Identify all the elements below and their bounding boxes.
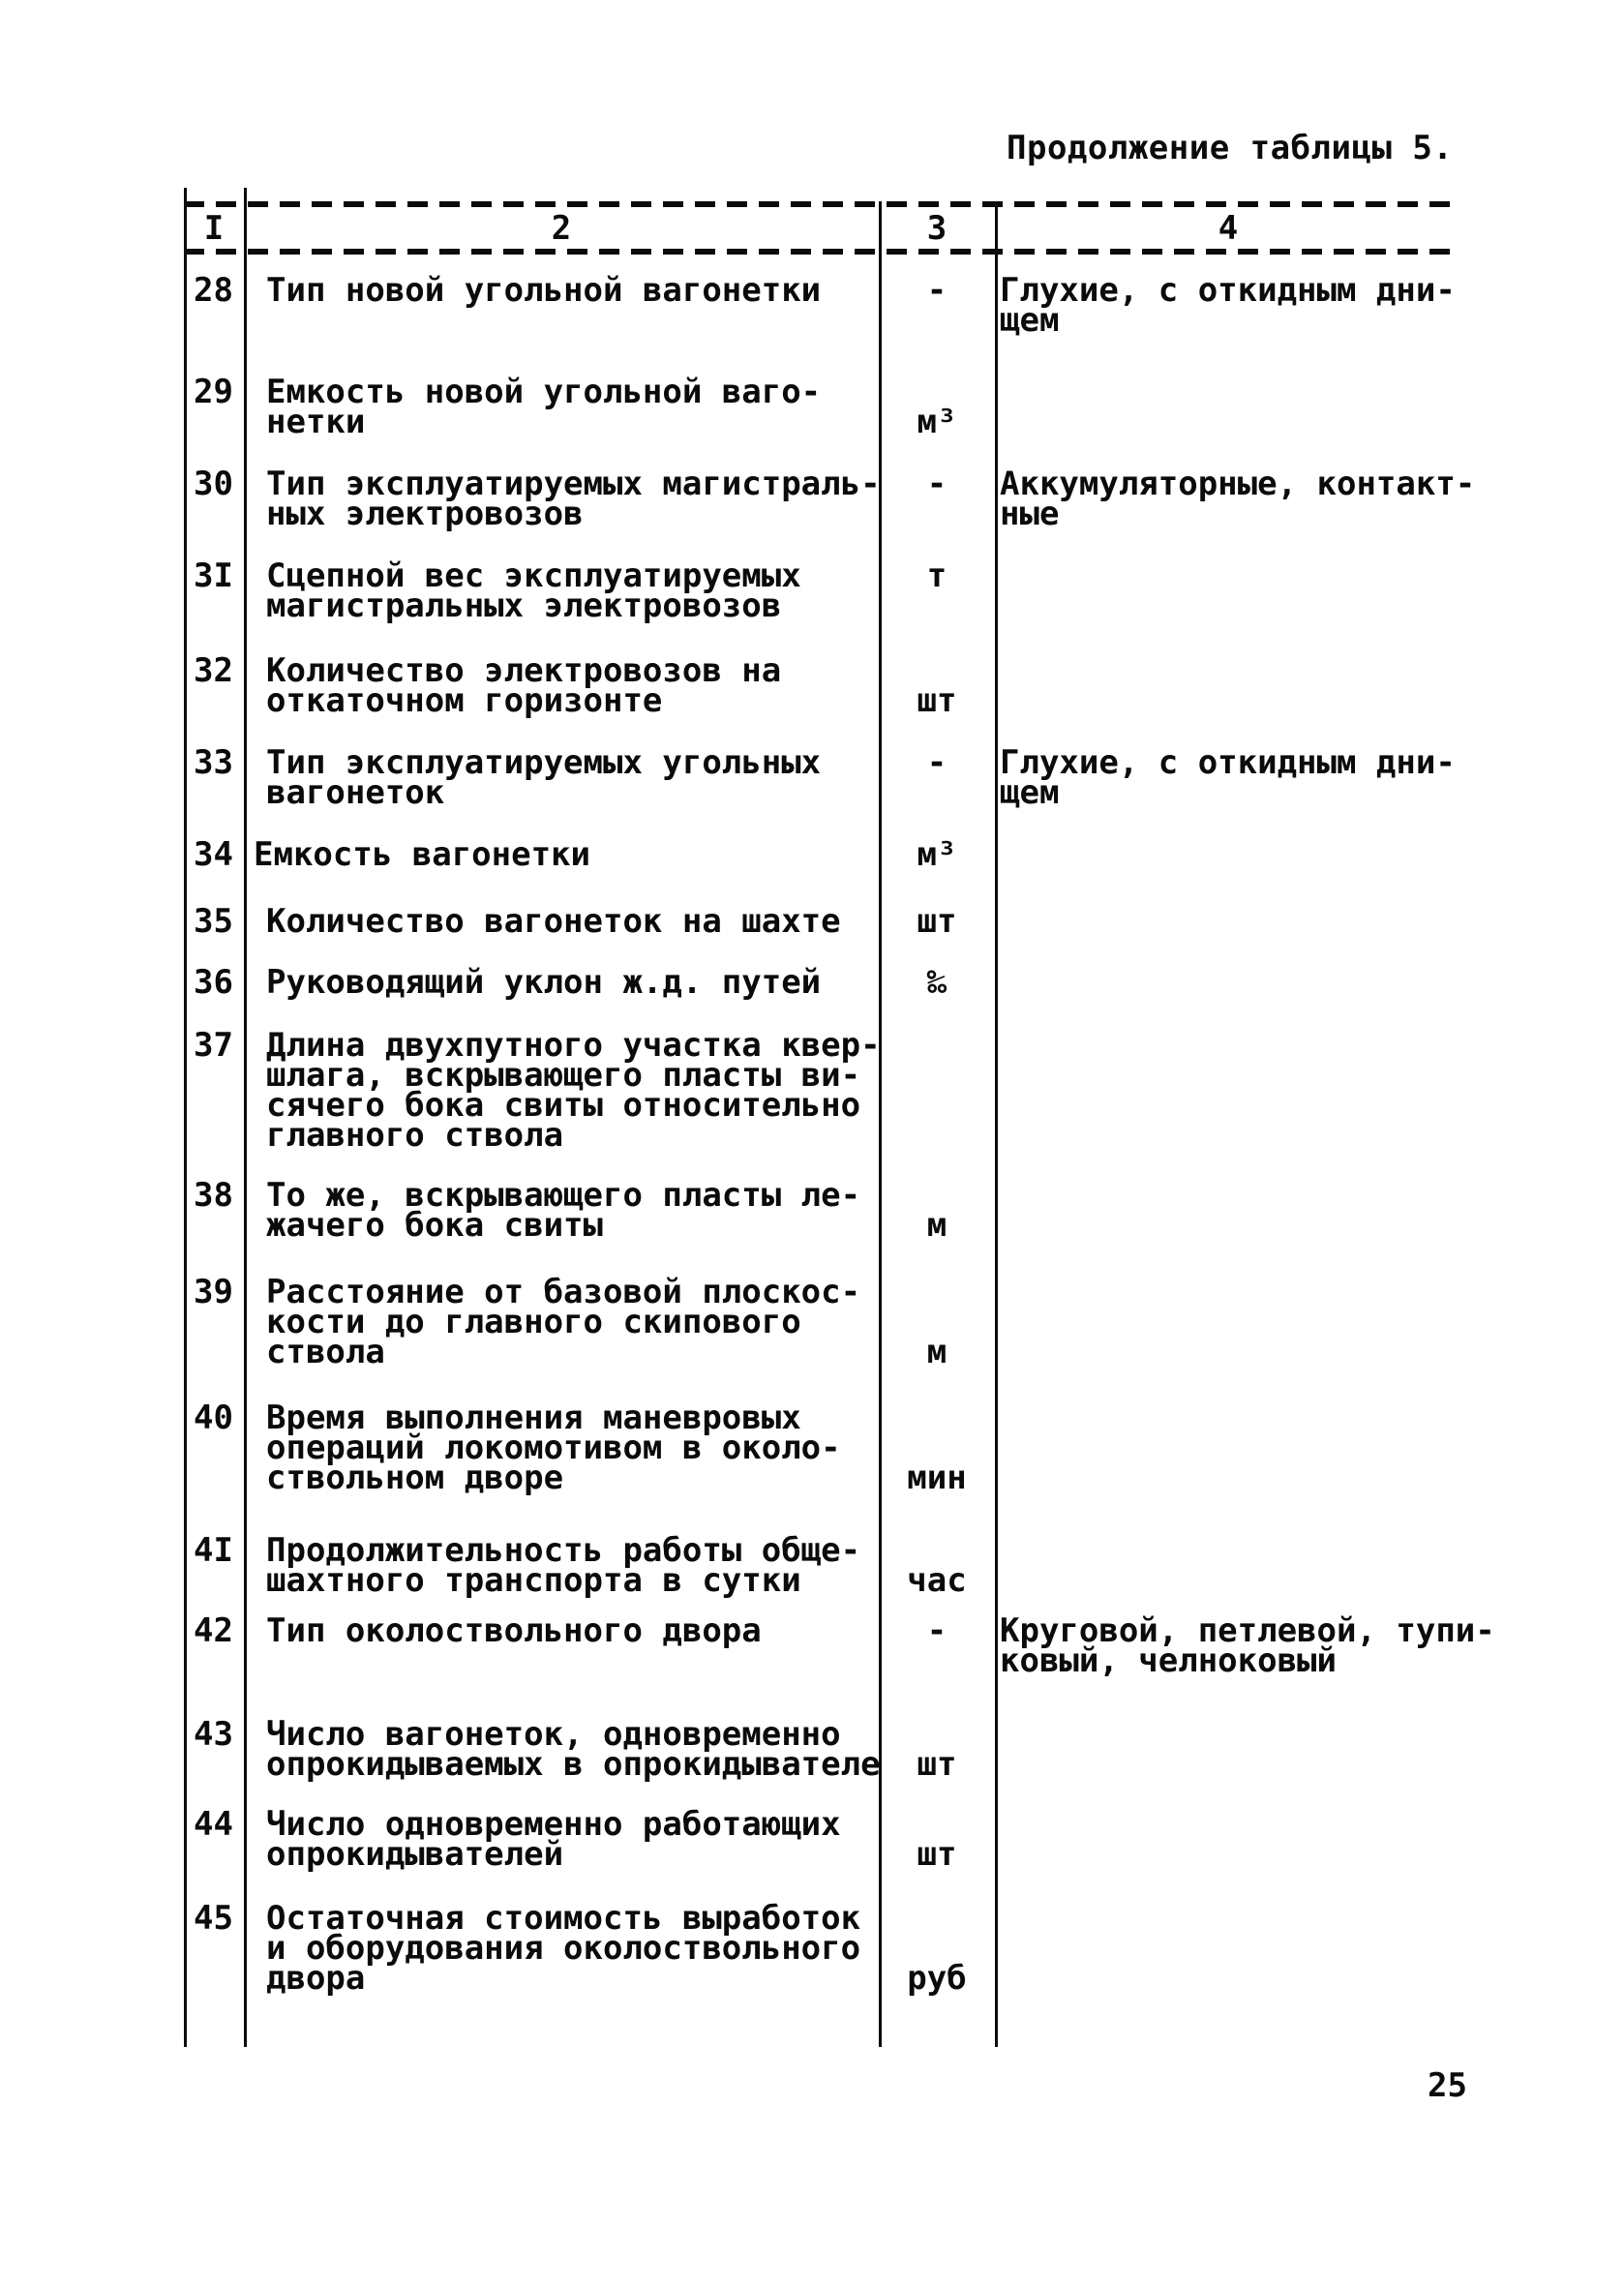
row-note: Глухие, с откидным дни-щем [1000,276,1456,336]
row-note: Глухие, с откидным дни-щем [1000,748,1456,808]
row-number: 40 [194,1403,233,1433]
row-parameter-line: опрокидываемых в опрокидывателе [266,1750,881,1780]
document-page: Продолжение таблицы 5. I 2 3 4 28Тип нов… [0,0,1624,2287]
table: I 2 3 4 28Тип новой угольной вагонетки-Г… [184,201,1461,2047]
row-parameter-line: Емкость вагонетки [254,840,590,870]
row-unit: м [879,1338,995,1368]
row-number: 39 [194,1278,233,1308]
row-number: 45 [194,1904,233,1934]
row-number: 42 [194,1616,233,1646]
table-header-col-3: 3 [879,214,995,244]
row-parameter-line: Тип околоствольного двора [266,1616,762,1646]
row-unit: м³ [879,407,995,437]
row-parameter-line: Количество вагонеток на шахте [266,907,841,937]
row-number: 44 [194,1810,233,1840]
row-parameter: Остаточная стоимость выработоки оборудов… [266,1904,860,1994]
row-unit: - [879,276,995,306]
row-unit: час [879,1566,995,1596]
row-note: Аккумуляторные, контакт-ные [1000,469,1475,529]
table-left-border [184,188,187,2047]
row-note-line: ные [1000,499,1475,529]
row-parameter-line: вагонеток [266,778,821,808]
table-top-dashed-border [184,201,1461,207]
table-header-col-1: I [184,214,244,244]
row-parameter-line: Тип новой угольной вагонетки [266,276,821,306]
row-unit: - [879,748,995,778]
row-parameter-line: Руководящий уклон ж.д. путей [266,968,821,998]
row-unit: шт [879,1840,995,1870]
row-number: 37 [194,1031,233,1061]
row-parameter: Сцепной вес эксплуатируемыхмагистральных… [266,561,801,621]
row-note-line: щем [1000,778,1456,808]
row-note-line: Аккумуляторные, контакт- [1000,469,1475,499]
table-continuation-title: Продолжение таблицы 5. [1007,134,1453,164]
row-parameter-line: жачего бока свиты [266,1211,860,1241]
row-number: 3I [194,561,233,591]
row-parameter-line: опрокидывателей [266,1840,841,1870]
row-parameter: Число вагонеток, одновременноопрокидывае… [266,1720,881,1780]
row-parameter-line: ствола [266,1338,860,1368]
row-number: 33 [194,748,233,778]
row-note-line: ковый, челноковый [1000,1646,1495,1676]
row-note: Круговой, петлевой, тупи-ковый, челноков… [1000,1616,1495,1676]
row-unit: м [879,1211,995,1241]
row-parameter: Расстояние от базовой плоскос-кости до г… [266,1278,860,1368]
row-note-line: щем [1000,306,1456,336]
row-parameter-line: двора [266,1964,860,1994]
row-number: 38 [194,1181,233,1211]
row-parameter-line: нетки [266,407,821,437]
table-header-col-4: 4 [995,214,1461,244]
row-number: 36 [194,968,233,998]
row-parameter: То же, вскрывающего пласты ле-жачего бок… [266,1181,860,1241]
row-parameter-line: главного ствола [266,1121,881,1151]
row-parameter: Тип новой угольной вагонетки [266,276,821,306]
row-unit: т [879,561,995,591]
table-column-divider-1-2 [244,188,247,2047]
row-unit: - [879,469,995,499]
row-parameter: Продолжительность работы обще-шахтного т… [266,1536,860,1596]
row-parameter: Время выполнения маневровыхопераций локо… [266,1403,841,1493]
row-parameter: Число одновременно работающихопрокидыват… [266,1810,841,1870]
table-header-bottom-dashed-border [184,249,1461,255]
page-number: 25 [1428,2071,1467,2101]
row-parameter-line: шахтного транспорта в сутки [266,1566,860,1596]
row-parameter-line: ствольном дворе [266,1463,841,1493]
row-number: 30 [194,469,233,499]
table-header-col-2: 2 [244,214,879,244]
row-unit: шт [879,1750,995,1780]
row-unit: - [879,1616,995,1646]
row-number: 43 [194,1720,233,1750]
row-number: 32 [194,656,233,686]
row-number: 29 [194,377,233,407]
row-note-line: Глухие, с откидным дни- [1000,276,1456,306]
row-unit: мин [879,1463,995,1493]
row-parameter-line: откаточном горизонте [266,686,781,716]
row-number: 34 [194,840,233,870]
row-parameter: Емкость вагонетки [254,840,590,870]
row-parameter: Количество вагонеток на шахте [266,907,841,937]
row-unit: руб [879,1964,995,1994]
row-number: 4I [194,1536,233,1566]
row-number: 35 [194,907,233,937]
row-parameter: Тип эксплуатируемых магистраль-ных элект… [266,469,881,529]
row-number: 28 [194,276,233,306]
row-parameter-line: ных электровозов [266,499,881,529]
row-note-line: Глухие, с откидным дни- [1000,748,1456,778]
row-unit: м³ [879,840,995,870]
row-parameter: Тип эксплуатируемых угольныхвагонеток [266,748,821,808]
row-parameter: Тип околоствольного двора [266,1616,762,1646]
row-parameter-line: магистральных электровозов [266,591,801,621]
row-parameter: Емкость новой угольной ваго-нетки [266,377,821,437]
row-unit: шт [879,686,995,716]
row-unit: шт [879,907,995,937]
table-column-divider-3-4 [995,201,998,2047]
row-parameter: Руководящий уклон ж.д. путей [266,968,821,998]
row-parameter: Количество электровозов наоткаточном гор… [266,656,781,716]
row-unit: ‰ [879,968,995,998]
row-parameter: Длина двухпутного участка квер-шлага, вс… [266,1031,881,1151]
